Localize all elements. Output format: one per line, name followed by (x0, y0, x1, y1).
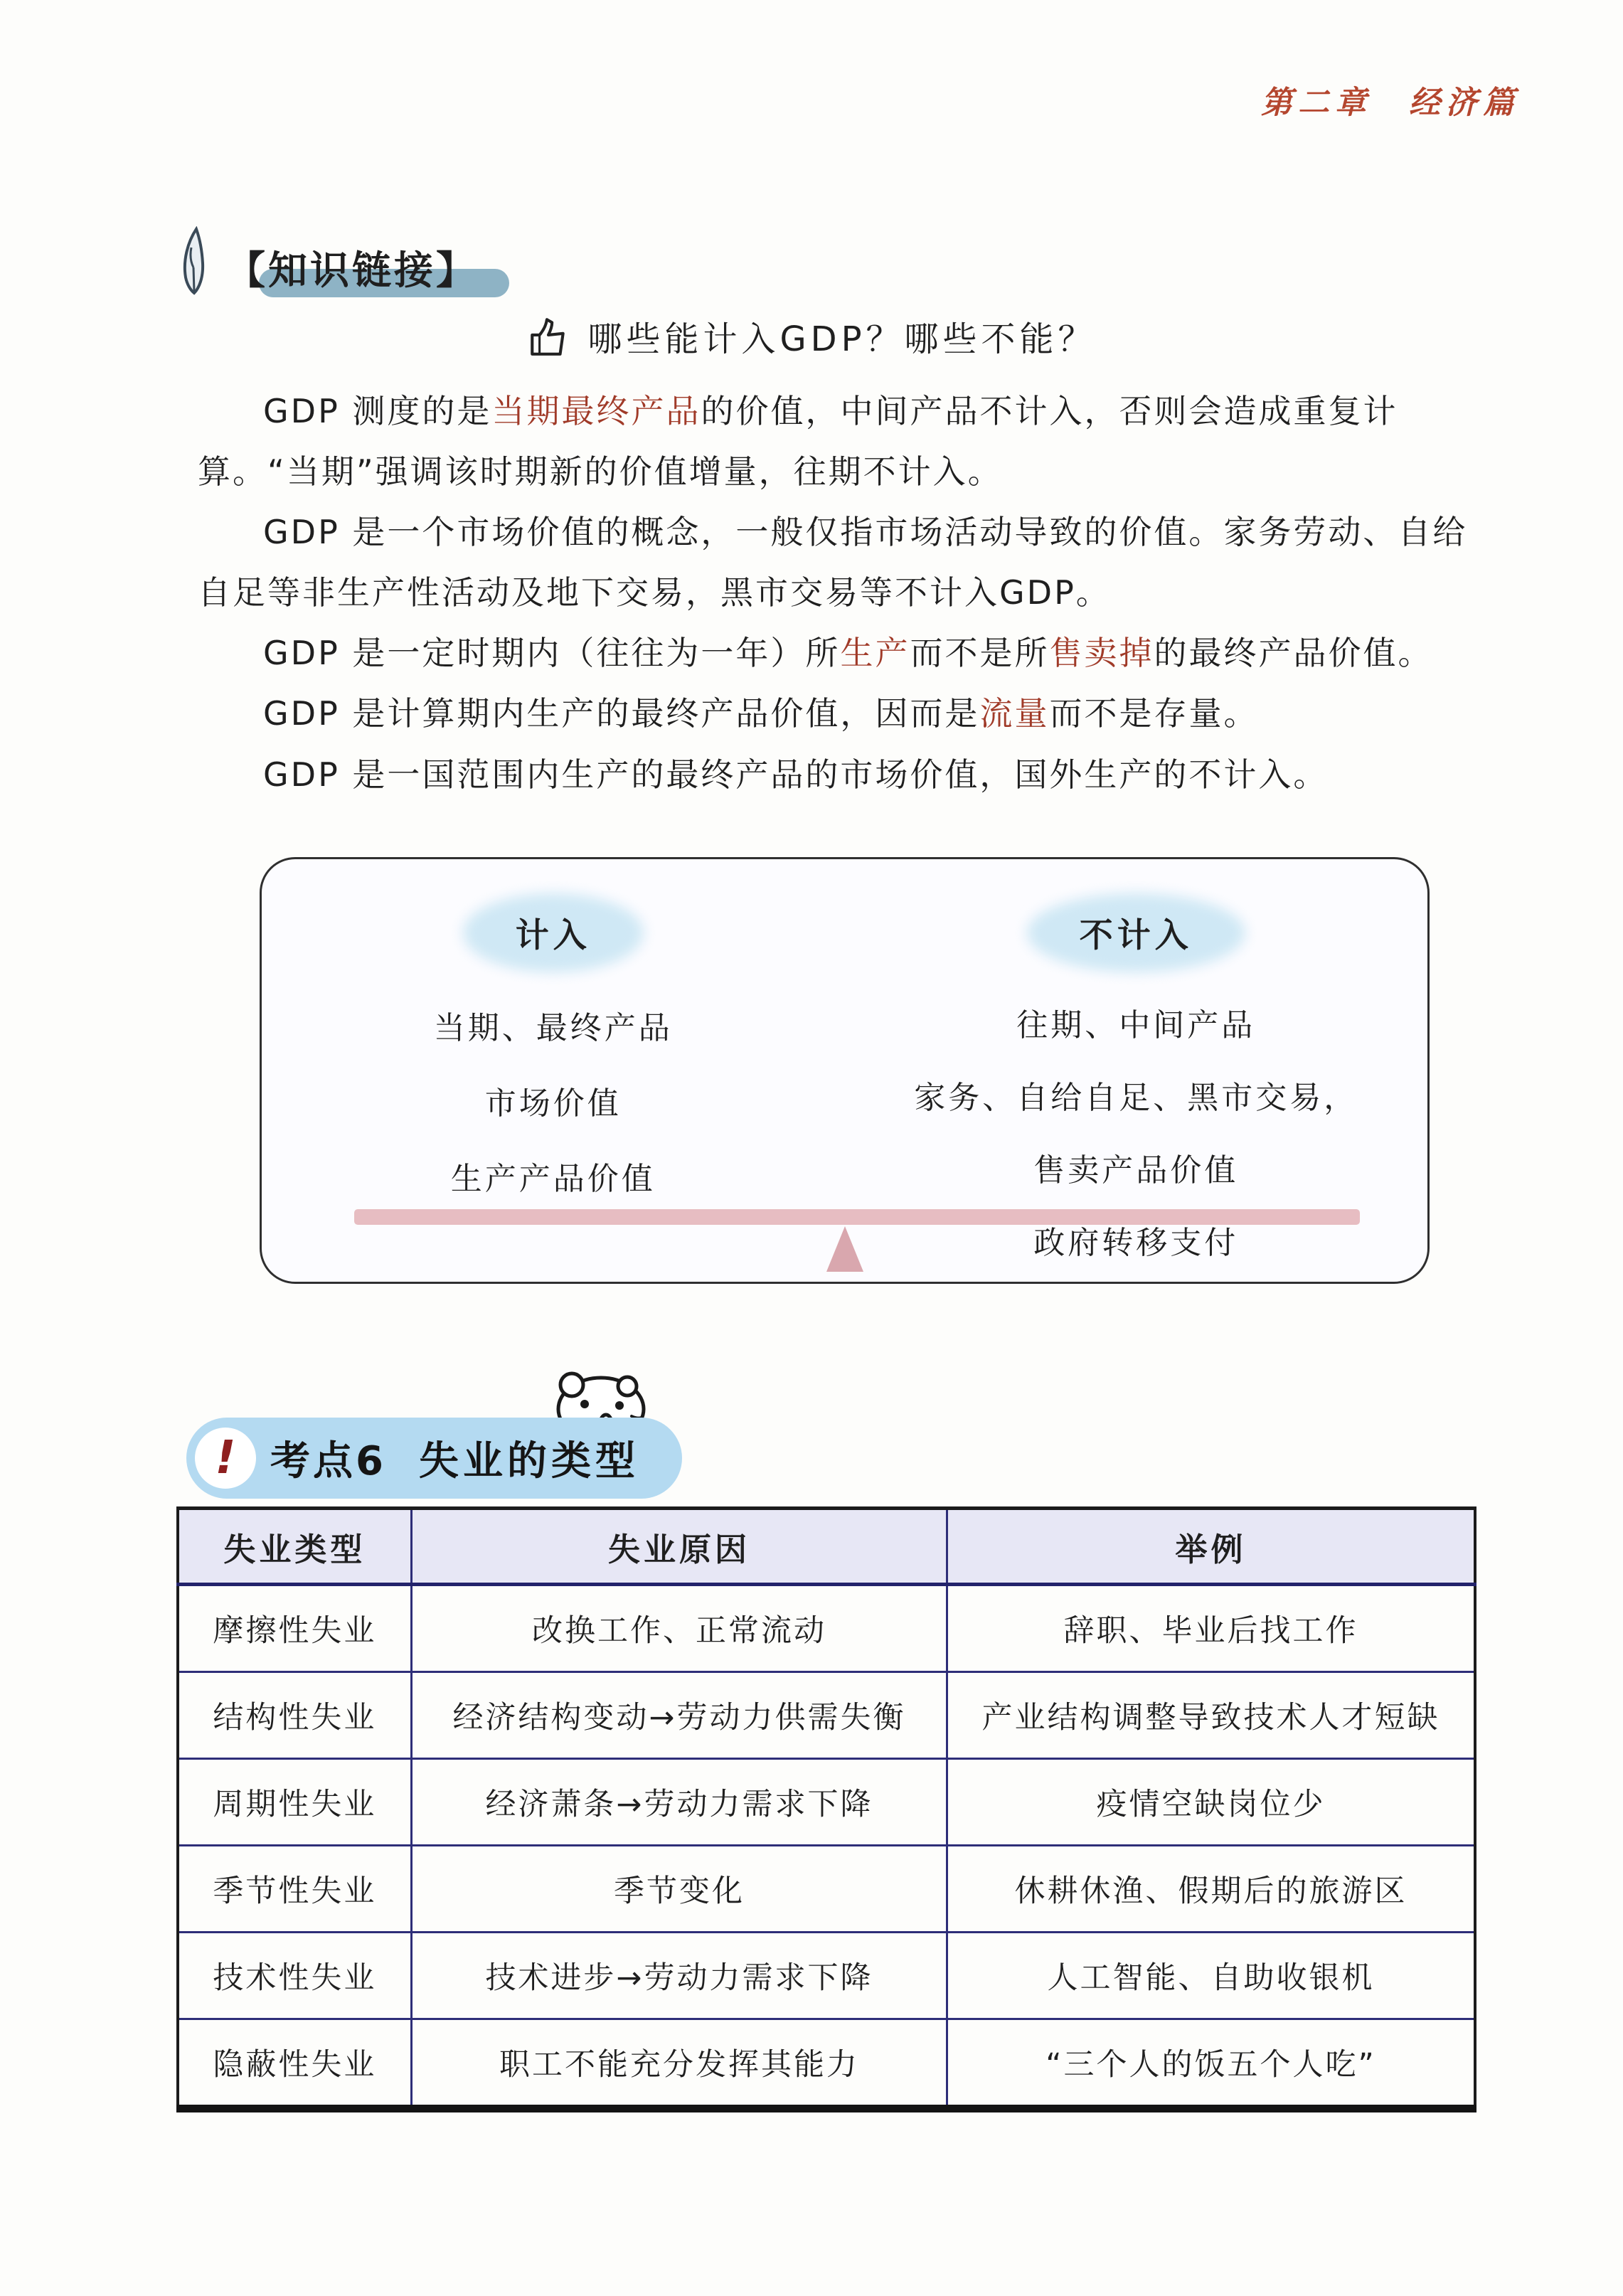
cell-example: 产业结构调整导致技术人才短缺 (947, 1672, 1475, 1759)
counted-column: 计入 当期、最终产品 市场价值 生产产品价值 (262, 893, 845, 1263)
cell-type: 摩擦性失业 (178, 1585, 411, 1672)
knowledge-link-tag: 【知识链接】 (179, 226, 482, 297)
not-counted-item: 家务、自给自足、黑市交易， (845, 1072, 1428, 1117)
col-header-type: 失业类型 (178, 1509, 411, 1585)
counted-header: 计入 (463, 893, 644, 972)
cell-example: 人工智能、自助收银机 (947, 1933, 1475, 2019)
not-counted-item: 售卖产品价值 (845, 1144, 1428, 1190)
not-counted-header: 不计入 (1027, 893, 1245, 972)
unemployment-table-wrapper: 失业类型 失业原因 举例 摩擦性失业 改换工作、正常流动 辞职、毕业后找工作 结… (176, 1506, 1476, 2112)
cell-type: 隐蔽性失业 (178, 2019, 411, 2109)
cell-cause: 经济结构变动→劳动力供需失衡 (411, 1672, 947, 1759)
article-title: 哪些能计入GDP？哪些不能？ (0, 312, 1623, 361)
pointing-hand-icon (179, 226, 211, 297)
red-emphasis: 售卖掉 (1049, 634, 1154, 672)
cell-cause: 改换工作、正常流动 (411, 1585, 947, 1672)
unemployment-table: 失业类型 失业原因 举例 摩擦性失业 改换工作、正常流动 辞职、毕业后找工作 结… (176, 1506, 1476, 2112)
cell-type: 结构性失业 (178, 1672, 411, 1759)
paragraph: GDP 是一个市场价值的概念，一般仅指市场活动导致的价值。家务劳动、自给自足等非… (198, 502, 1486, 623)
not-counted-item: 往期、中间产品 (845, 999, 1428, 1045)
red-emphasis: 生产 (840, 634, 910, 672)
cell-type: 季节性失业 (178, 1846, 411, 1933)
cell-example: 辞职、毕业后找工作 (947, 1585, 1475, 1672)
counted-item: 当期、最终产品 (262, 1002, 845, 1048)
red-emphasis: 当期最终产品 (491, 392, 701, 430)
gdp-summary-box: 计入 当期、最终产品 市场价值 生产产品价值 不计入 往期、中间产品 家务、自给… (260, 857, 1430, 1284)
cell-cause: 技术进步→劳动力需求下降 (411, 1933, 947, 2019)
cell-cause: 季节变化 (411, 1846, 947, 1933)
seesaw-beam (354, 1209, 1360, 1225)
knowledge-link-label: 【知识链接】 (226, 249, 482, 298)
table-row: 季节性失业 季节变化 休耕休渔、假期后的旅游区 (178, 1846, 1475, 1933)
cell-cause: 经济萧条→劳动力需求下降 (411, 1759, 947, 1846)
textbook-page: 第二章 经济篇 【知识链接】 哪些能计入GDP？哪些不能？ GDP 测度的是当期… (0, 0, 1623, 2296)
table-row: 周期性失业 经济萧条→劳动力需求下降 疫情空缺岗位少 (178, 1759, 1475, 1846)
cell-type: 技术性失业 (178, 1933, 411, 2019)
seesaw-fulcrum-triangle (826, 1226, 863, 1272)
cell-example: 休耕休渔、假期后的旅游区 (947, 1846, 1475, 1933)
red-emphasis: 流量 (979, 694, 1049, 733)
paragraph: GDP 测度的是当期最终产品的价值，中间产品不计入，否则会造成重复计算。“当期”… (198, 381, 1486, 502)
table-row: 隐蔽性失业 职工不能充分发挥其能力 “三个人的饭五个人吃” (178, 2019, 1475, 2109)
col-header-example: 举例 (947, 1509, 1475, 1585)
cell-example: 疫情空缺岗位少 (947, 1759, 1475, 1846)
counted-item: 市场价值 (262, 1078, 845, 1123)
exam-point-title: 失业的类型 (419, 1430, 639, 1487)
cell-type: 周期性失业 (178, 1759, 411, 1846)
paragraph: GDP 是计算期内生产的最终产品价值，因而是流量而不是存量。 (198, 684, 1486, 744)
exam-point-label: 考点6 (270, 1430, 386, 1487)
exam-point-section: ! 考点6 失业的类型 (186, 1418, 682, 1499)
not-counted-column: 不计入 往期、中间产品 家务、自给自足、黑市交易， 售卖产品价值 政府转移支付 (845, 893, 1428, 1263)
article-body: GDP 测度的是当期最终产品的价值，中间产品不计入，否则会造成重复计算。“当期”… (198, 381, 1486, 805)
table-header-row: 失业类型 失业原因 举例 (178, 1509, 1475, 1585)
table-row: 摩擦性失业 改换工作、正常流动 辞职、毕业后找工作 (178, 1585, 1475, 1672)
article-title-text: 哪些能计入GDP？哪些不能？ (587, 312, 1096, 361)
chapter-header: 第二章 经济篇 (1261, 77, 1520, 122)
table-row: 结构性失业 经济结构变动→劳动力供需失衡 产业结构调整导致技术人才短缺 (178, 1672, 1475, 1759)
table-row: 技术性失业 技术进步→劳动力需求下降 人工智能、自助收银机 (178, 1933, 1475, 2019)
cell-cause: 职工不能充分发挥其能力 (411, 2019, 947, 2109)
paragraph: GDP 是一国范围内生产的最终产品的市场价值，国外生产的不计入。 (198, 745, 1486, 805)
exclamation-icon: ! (195, 1428, 256, 1489)
paragraph: GDP 是一定时期内（往往为一年）所生产而不是所售卖掉的最终产品价值。 (198, 623, 1486, 684)
exam-point-pill: ! 考点6 失业的类型 (186, 1418, 682, 1499)
like-icon (526, 316, 570, 357)
counted-item: 生产产品价值 (262, 1153, 845, 1199)
col-header-cause: 失业原因 (411, 1509, 947, 1585)
cell-example: “三个人的饭五个人吃” (947, 2019, 1475, 2109)
